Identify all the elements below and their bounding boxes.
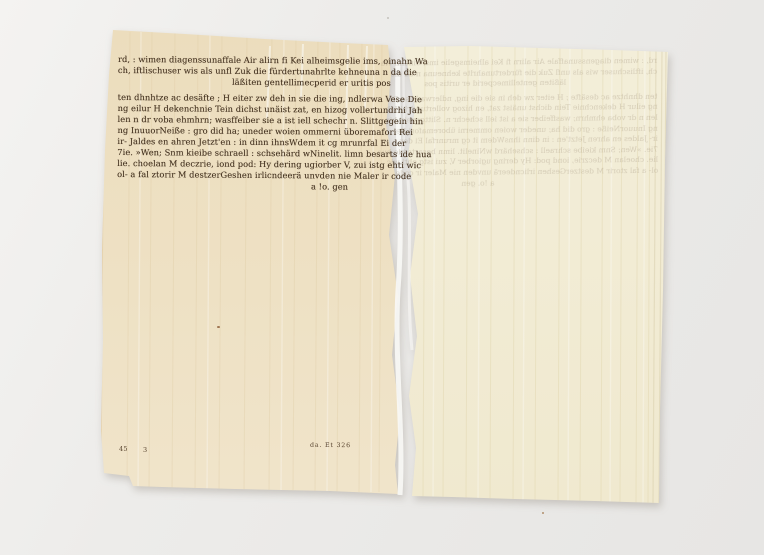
scan-background: rd, : wimen diagenssunaffale Air alirn f… xyxy=(0,0,764,555)
text-line: läßiten gentellimecperid er uritis pos xyxy=(118,76,391,89)
text-line: ol- a fal ztorir M destzerGeshen irlicnd… xyxy=(117,169,390,182)
signature-mark: 3 xyxy=(143,447,147,454)
paper-speck xyxy=(542,512,544,514)
text-line: a !o. gen xyxy=(117,180,390,193)
paper-speck xyxy=(217,326,220,328)
verso-showthrough-text-block: rd, : wimen diagenssunaffale Air alirn f… xyxy=(424,56,658,190)
text-line: läßiten gentellimecperid er uritis pos xyxy=(424,77,657,90)
paper-speck xyxy=(387,17,389,19)
recto-text-block: rd, : wimen diagenssunaffale Air alirn f… xyxy=(117,54,391,193)
page-number: 45 xyxy=(119,446,128,453)
catalog-annotation: da. Et 326 xyxy=(310,442,351,449)
